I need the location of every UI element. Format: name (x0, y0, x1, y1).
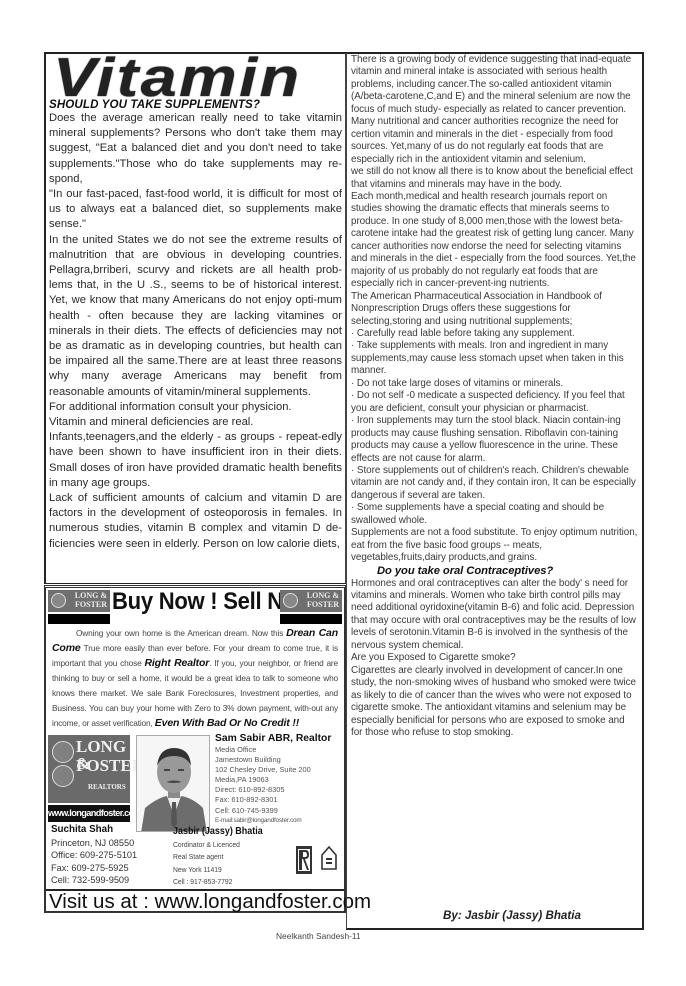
paragraph: There is a growing body of evidence sugg… (351, 54, 638, 166)
masthead-title: Vitamin (53, 55, 394, 97)
paragraph: Hormones and oral contraceptives can alt… (351, 578, 638, 653)
contact-suchita-shah: Suchita Shah Princeton, NJ 08550 Office:… (51, 824, 137, 887)
paragraph: For additional information consult your … (49, 400, 342, 415)
author-byline: By: Jasbir (Jassy) Bhatia (443, 909, 581, 922)
bullet-item: · Take supplements with meals. Iron and … (351, 340, 638, 377)
paragraph: In the united States we do not see the e… (49, 233, 342, 400)
bullet-item: · Store supplements out of children's re… (351, 465, 638, 502)
right-column: There is a growing body of evidence sugg… (346, 52, 644, 930)
contact-jasbir-bhatia: Jasbir (Jassy) Bhatia Cordinator & Licen… (173, 826, 263, 889)
long-foster-logo-right: LONG & FOSTER (280, 590, 342, 612)
seal-icon (51, 593, 66, 608)
paragraph: Supplements are not a food substitute. T… (351, 527, 638, 564)
logo-black-bar (280, 614, 342, 624)
left-column: Vitamin SHOULD YOU TAKE SUPPLEMENTS? Doe… (44, 52, 346, 930)
seal-icon (52, 741, 74, 763)
agent-section: LONG & FOSTER REALTORS www.longandfoster… (46, 735, 344, 861)
article-body-right: There is a growing body of evidence sugg… (351, 54, 638, 739)
person-portrait-icon (137, 736, 210, 832)
emphasis: Even With Bad Or No Credit !! (155, 717, 299, 729)
ad-copy: Owning your own home is the American dre… (46, 626, 344, 731)
additional-contacts: Suchita Shah Princeton, NJ 08550 Office:… (46, 824, 344, 884)
magazine-page: Vitamin SHOULD YOU TAKE SUPPLEMENTS? Doe… (44, 52, 644, 930)
long-foster-logo-left: LONG & FOSTER (48, 590, 110, 612)
paragraph: Does the average american really need to… (49, 111, 342, 187)
emphasis: Right Realtor (144, 657, 209, 669)
seal-icon (283, 593, 298, 608)
bullet-item: · Some supplements have a special coatin… (351, 502, 638, 527)
agent-name: Sam Sabir ABR, Realtor (215, 733, 345, 745)
paragraph: Vitamin and mineral deficiencies are rea… (49, 415, 342, 430)
paragraph: "In our fast-paced, fast-food world, it … (49, 187, 342, 233)
paragraph: The American Pharmaceutical Association … (351, 291, 638, 328)
seal-icon (52, 765, 74, 787)
contraceptives-subheading: Do you take oral Contraceptives? (351, 565, 638, 578)
agent-contact-info: Sam Sabir ABR, Realtor Media Office Jame… (215, 733, 345, 826)
bullet-item: · Do not self -0 medicate a suspected de… (351, 390, 638, 415)
bullet-item: · Do not take large doses of vitamins or… (351, 378, 638, 390)
logo-black-bar (48, 614, 110, 624)
long-foster-logo-large: LONG & FOSTER REALTORS (48, 735, 130, 803)
paragraph: Cigarettes are clearly involved in devel… (351, 665, 638, 740)
visit-website-banner[interactable]: Visit us at : www.longandfoster.com (46, 889, 344, 911)
realtor-r-icon (296, 846, 312, 874)
website-url-bar[interactable]: www.longandfoster.com (48, 805, 130, 822)
equal-housing-icon (321, 846, 337, 870)
ad-header: LONG & FOSTER Buy Now ! Sell Now ! LONG … (46, 588, 344, 626)
bullet-item: · Iron supplements may turn the stool bl… (351, 415, 638, 465)
vitamin-article-box: Vitamin SHOULD YOU TAKE SUPPLEMENTS? Doe… (44, 52, 346, 584)
paragraph: Each month,medical and health research j… (351, 191, 638, 291)
paragraph: we still do not know all there is to kno… (351, 166, 638, 191)
realtor-advertisement: LONG & FOSTER Buy Now ! Sell Now ! LONG … (44, 585, 346, 913)
article-body-left: Does the average american really need to… (49, 111, 342, 552)
paragraph: Lack of sufficient amounts of calcium an… (49, 491, 342, 552)
page-footer-credit: Neelkanth Sandesh-11 (276, 931, 361, 941)
paragraph: Are you Exposed to Cigarette smoke? (351, 652, 638, 664)
bullet-item: · Carefully read lable before taking any… (351, 328, 638, 340)
agent-photo (136, 735, 210, 832)
paragraph: Infants,teenagers,and the elderly - as g… (49, 430, 342, 491)
